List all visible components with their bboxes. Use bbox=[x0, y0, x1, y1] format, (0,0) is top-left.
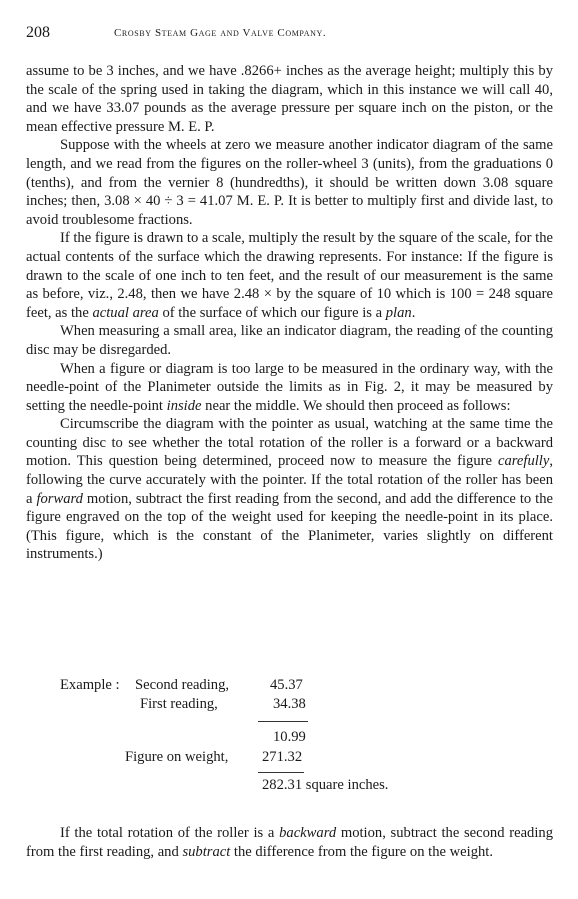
paragraph: When a figure or diagram is too large to… bbox=[26, 360, 553, 416]
emphasis-text: actual area bbox=[92, 305, 158, 321]
body-text: assume to be 3 inches, and we have .8266… bbox=[26, 62, 553, 564]
example-row-value: 10.99 bbox=[273, 728, 306, 747]
example-label: Example : bbox=[60, 676, 120, 695]
text-run: near the middle. We should then proceed … bbox=[202, 398, 511, 414]
running-title: Crosby Steam Gage and Valve Company. bbox=[114, 27, 326, 39]
example-row-value: 45.37 bbox=[270, 676, 303, 695]
text-run: Suppose with the wheels at zero we measu… bbox=[26, 137, 553, 227]
text-run: the difference from the figure on the we… bbox=[230, 844, 493, 860]
example-row-label: Second reading, bbox=[135, 676, 229, 695]
example-row-value: 34.38 bbox=[273, 695, 306, 714]
emphasis-text: subtract bbox=[182, 844, 230, 860]
paragraph: Suppose with the wheels at zero we measu… bbox=[26, 136, 553, 229]
emphasis-text: forward bbox=[36, 491, 83, 507]
paragraph: assume to be 3 inches, and we have .8266… bbox=[26, 62, 553, 136]
emphasis-text: backward bbox=[279, 825, 336, 841]
page-number: 208 bbox=[26, 24, 50, 42]
emphasis-text: inside bbox=[167, 398, 202, 414]
paragraph: Circumscribe the diagram with the pointe… bbox=[26, 415, 553, 564]
text-run: When measuring a small area, like an ind… bbox=[26, 323, 553, 358]
final-paragraph: If the total rotation of the roller is a… bbox=[26, 824, 553, 861]
emphasis-text: plan bbox=[386, 305, 412, 321]
example-row-value: 271.32 bbox=[262, 748, 302, 767]
example-calculation: Example : Second reading, 45.37 First re… bbox=[60, 676, 460, 796]
sum-rule bbox=[258, 772, 304, 773]
example-total: 282.31 square inches. bbox=[262, 776, 388, 795]
example-row-label: First reading, bbox=[140, 695, 218, 714]
sum-rule bbox=[258, 721, 308, 722]
text-run: motion, subtract the first reading from … bbox=[26, 491, 553, 563]
emphasis-text: carefully bbox=[498, 453, 549, 469]
text-run: of the surface of which our figure is a bbox=[159, 305, 386, 321]
paragraph: If the figure is drawn to a scale, multi… bbox=[26, 229, 553, 322]
example-row-label: Figure on weight, bbox=[125, 748, 228, 767]
text-run: If the total rotation of the roller is a bbox=[60, 825, 279, 841]
text-run: . bbox=[412, 305, 416, 321]
page-header: 208 Crosby Steam Gage and Valve Company. bbox=[26, 24, 552, 44]
text-run: assume to be 3 inches, and we have .8266… bbox=[26, 63, 553, 135]
text-run: Circumscribe the diagram with the pointe… bbox=[26, 416, 553, 469]
paragraph: When measuring a small area, like an ind… bbox=[26, 322, 553, 359]
